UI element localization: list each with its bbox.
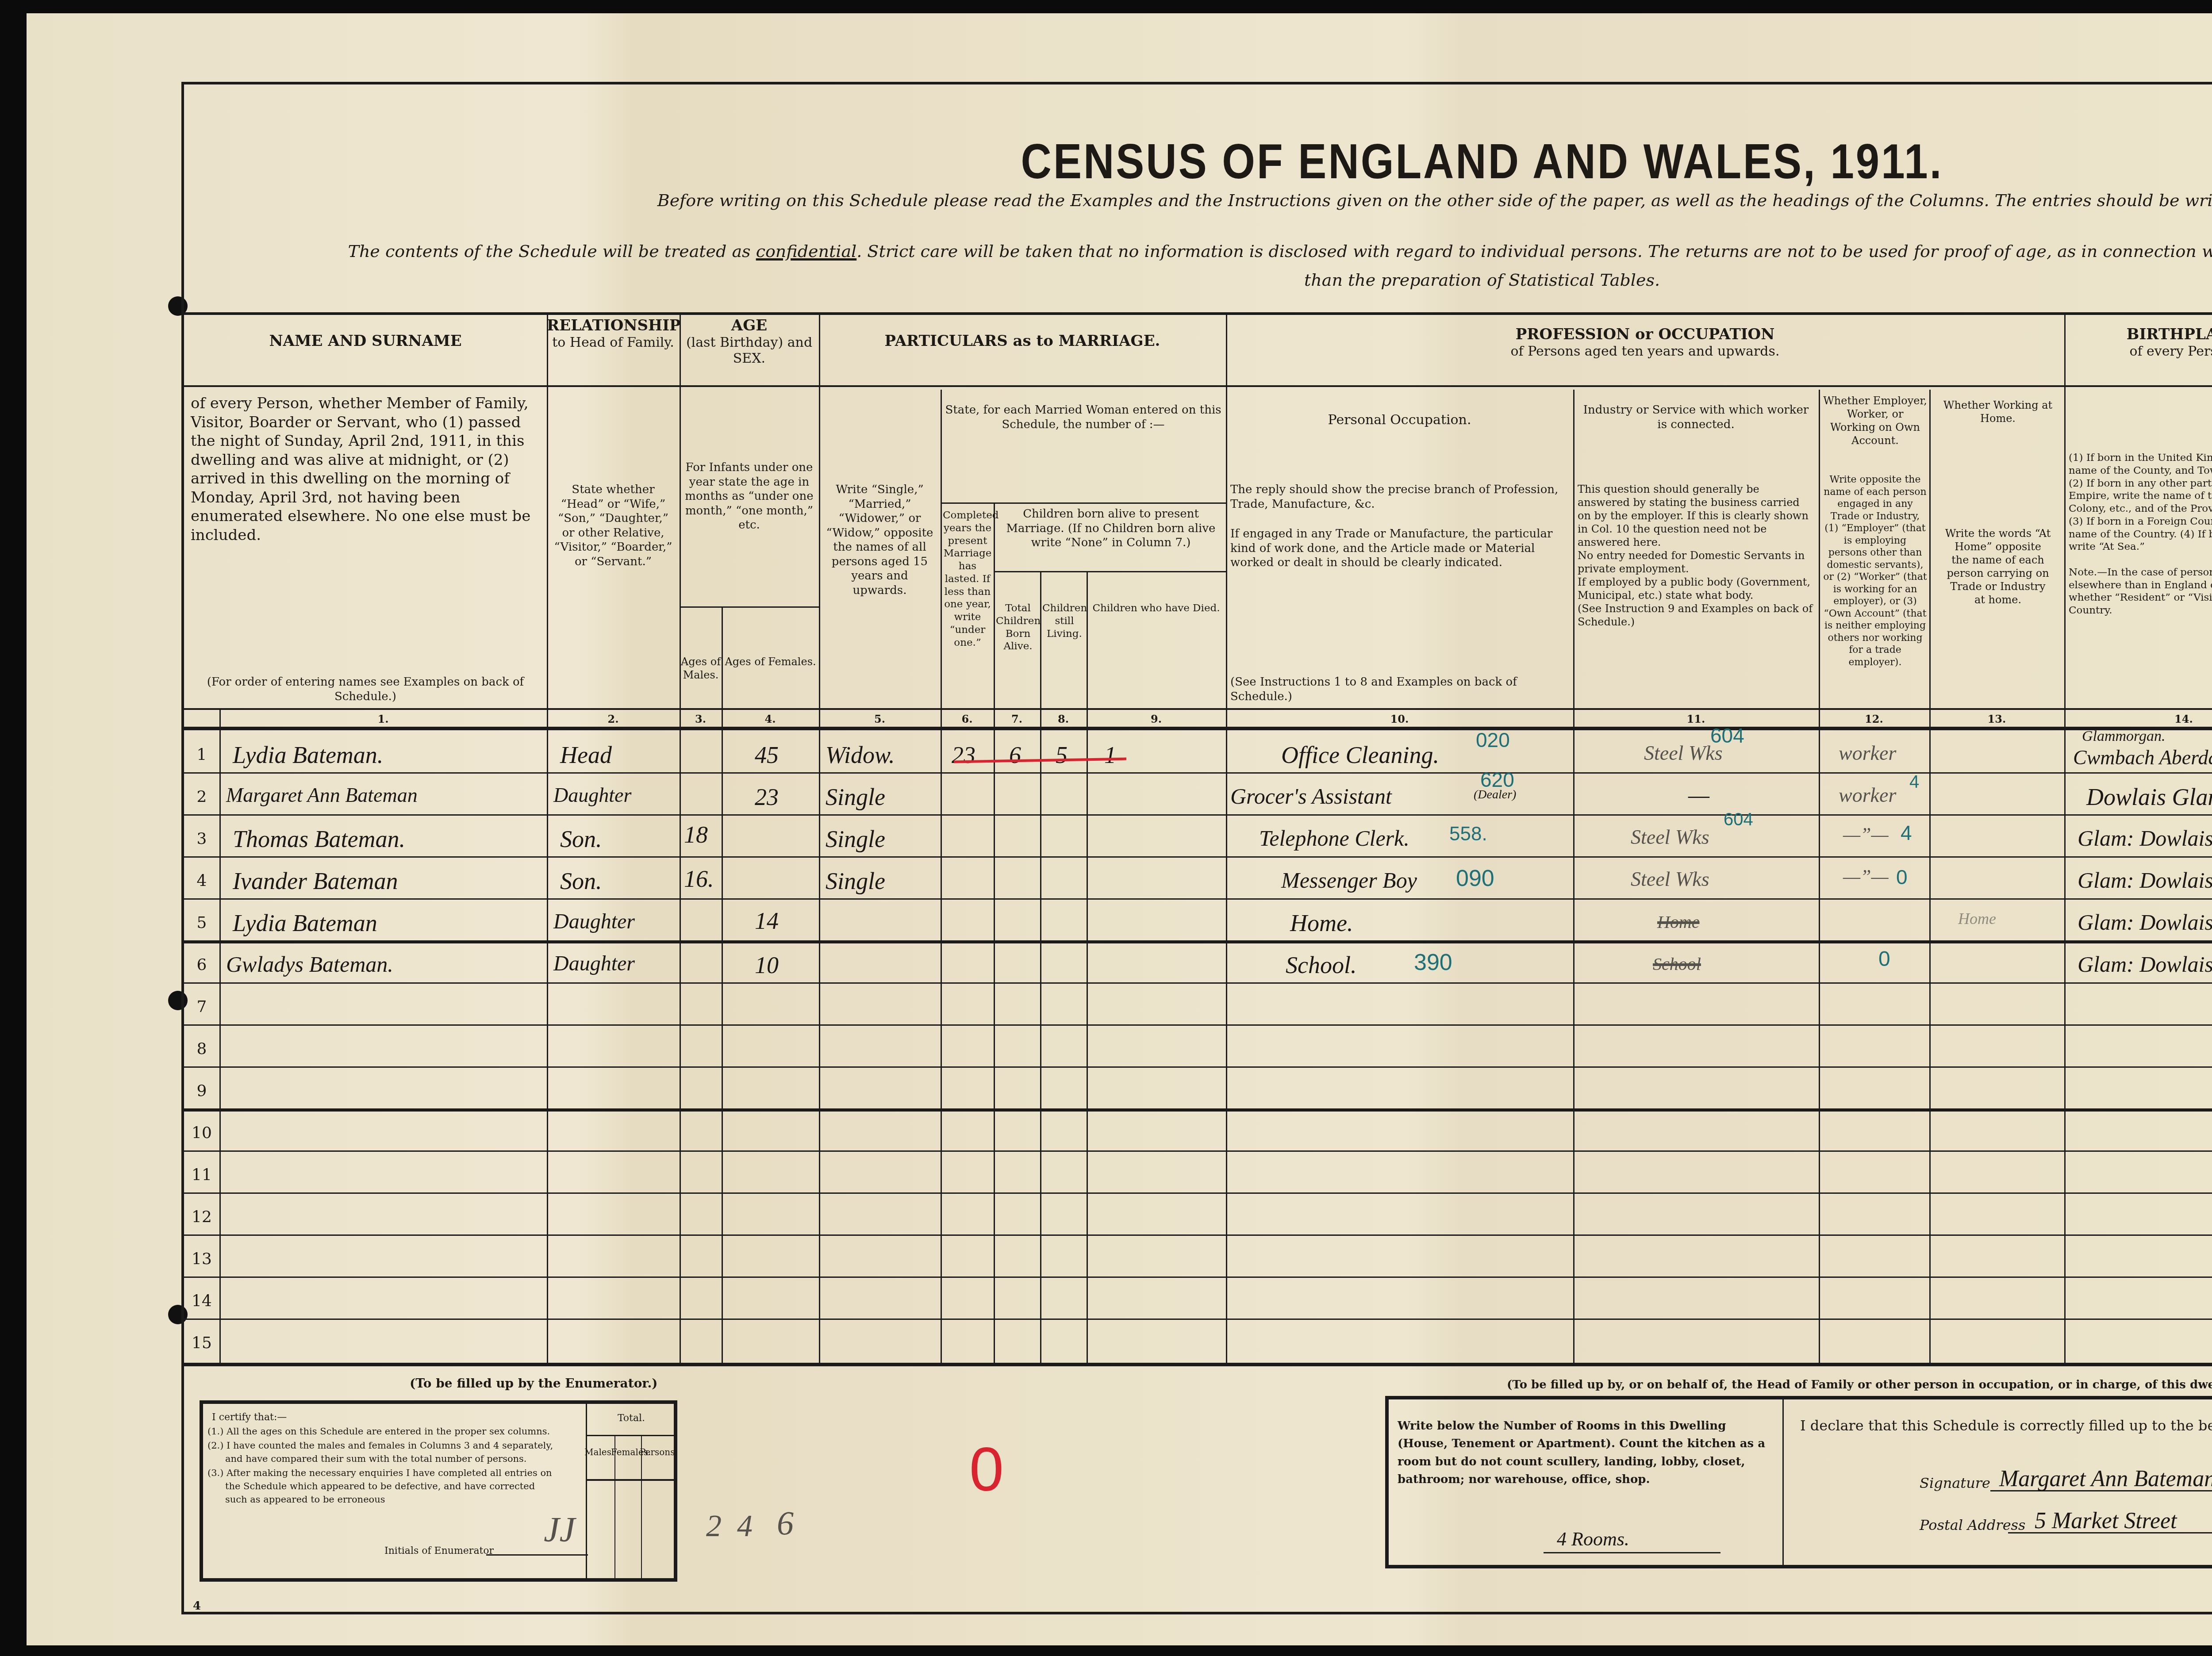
still-living-label: Children still Living. (1042, 602, 1087, 640)
header-relationship: RELATIONSHIPto Head of Family. (547, 317, 680, 351)
employment-code: 4 (1901, 821, 1912, 845)
head-of-family-heading: (To be filled up by, or on behalf of, th… (1507, 1378, 2212, 1391)
employment-status-value: —”— (1843, 823, 1889, 846)
marital-condition-value: Single (826, 825, 885, 853)
postal-address-label: Postal Address (1920, 1517, 2025, 1533)
column-number: 3. (680, 713, 722, 725)
column-number: 8. (1040, 713, 1087, 725)
marriage-years-label: Completed years the present Marriage has… (943, 509, 992, 649)
total-males-value: 2 (706, 1509, 722, 1544)
marital-condition-value: Single (826, 867, 885, 895)
signature-label: Signature (1920, 1475, 1990, 1491)
industry-code: 604 (1710, 724, 1744, 747)
person-name: Ivander Bateman (233, 867, 398, 895)
postal-address-line-1: 5 Market Street (2035, 1508, 2177, 1534)
header-age: AGE(last Birthday) and SEX. (680, 317, 819, 367)
row-number: 9 (184, 1082, 219, 1100)
occupation-value: Office Cleaning. (1281, 741, 1439, 769)
rooms-instructions: Write below the Number of Rooms in this … (1398, 1417, 1778, 1488)
relationship-value: Head (560, 741, 612, 769)
children-born-value: 6 (1009, 741, 1021, 769)
row-number: 8 (184, 1040, 219, 1058)
total-females-value: 4 (737, 1509, 753, 1544)
died-label: Children who have Died. (1089, 602, 1224, 615)
employment-code: 0 (1878, 947, 1890, 971)
certify-label: I certify that:— (212, 1412, 287, 1423)
industry-text: This question should generally be answer… (1578, 483, 1814, 629)
total-persons-value: 6 (777, 1504, 794, 1543)
column-number: 6. (941, 713, 994, 725)
marriage-years-value: 23 (952, 741, 975, 769)
employment-status-value: worker (1839, 741, 1896, 765)
home-title: Whether Working at Home. (1934, 399, 2062, 425)
name-instructions: of every Person, whether Member of Famil… (191, 394, 540, 544)
birthplace-county: Glammorgan. (2082, 728, 2166, 745)
person-name: Lydia Bateman (233, 909, 377, 937)
total-label: Total. (587, 1413, 676, 1424)
personal-occupation-note: (See Instructions 1 to 8 and Examples on… (1230, 675, 1569, 704)
working-at-home-value: Home (1958, 909, 1996, 928)
row-number: 4 (184, 872, 219, 890)
birthplace-value: Glam: Dowlais. (2078, 867, 2212, 893)
industry-title: Industry or Service with which worker is… (1578, 403, 1814, 432)
marriage-condition-instructions: Write “Single,” “Married,” “Widower,” or… (823, 483, 936, 598)
relationship-value: Son. (560, 825, 602, 853)
enumerator-certificate-box: I certify that:— (1.) All the ages on th… (200, 1400, 677, 1582)
age-male-value: 16. (684, 865, 714, 893)
column-number: 13. (1929, 713, 2064, 725)
certify-item: the Schedule which appeared to be defect… (225, 1481, 535, 1491)
row-number: 5 (184, 914, 219, 932)
row-number: 13 (184, 1250, 219, 1268)
males-label: Males. (584, 1447, 614, 1457)
certify-item: such as appeared to be erroneous (225, 1494, 385, 1505)
column-number: 11. (1573, 713, 1819, 725)
personal-occupation-text: If engaged in any Trade or Manufacture, … (1230, 527, 1569, 570)
declaration-text: I declare that this Schedule is correctl… (1800, 1417, 2212, 1434)
occupation-value: Grocer's Assistant (1230, 783, 1392, 809)
children-died-value: 1 (1104, 741, 1116, 769)
rooms-count-value: 4 Rooms. (1557, 1528, 1629, 1550)
column-number: 9. (1087, 713, 1226, 725)
confidentiality-notice-end: than the preparation of Statistical Tabl… (184, 270, 2212, 290)
intro-instructions: Before writing on this Schedule please r… (184, 191, 2212, 210)
employment-status-value: —”— (1843, 865, 1889, 888)
page-title: CENSUS OF ENGLAND AND WALES, 1911. (184, 134, 2212, 190)
row-number: 14 (184, 1292, 219, 1310)
occupation-value: Home. (1290, 909, 1353, 937)
industry-code: 604 (1724, 810, 1753, 830)
occupation-code: 020 (1476, 728, 1510, 752)
marital-condition-value: Single (826, 783, 885, 811)
column-number: 7. (994, 713, 1040, 725)
row-number: 15 (184, 1334, 219, 1352)
employer-text: Write opposite the name of each person e… (1823, 474, 1927, 668)
row-number: 7 (184, 998, 219, 1016)
employment-code: 0 (1896, 865, 1908, 889)
row-number: 12 (184, 1208, 219, 1226)
enumerator-initials: JJ (544, 1510, 575, 1550)
birthplace-value: Glam: Dowlais. (2078, 951, 2212, 977)
personal-occupation-text: The reply should show the precise branch… (1230, 483, 1569, 511)
column-number: 2. (547, 713, 680, 725)
certify-item: (3.) After making the necessary enquirie… (207, 1468, 552, 1478)
enumerator-heading: (To be filled up by the Enumerator.) (410, 1376, 658, 1391)
red-check-mark: 0 (969, 1434, 1004, 1505)
row-number: 11 (184, 1166, 219, 1184)
relationship-instructions: State whether “Head” or “Wife,” “Son,” “… (551, 483, 675, 569)
column-number: 5. (819, 713, 941, 725)
industry-value: Steel Wks (1631, 867, 1709, 891)
certify-item: (2.) I have counted the males and female… (207, 1440, 553, 1451)
occupation-value: Telephone Clerk. (1259, 825, 1409, 851)
header-birthplace: BIRTHPLACEof every Person. (2064, 326, 2212, 360)
occupation-code: 558. (1449, 823, 1487, 845)
occupation-code: 390 (1414, 949, 1452, 976)
person-name: Thomas Bateman. (233, 825, 405, 853)
children-instructions: Children born alive to present Marriage.… (998, 507, 1224, 550)
industry-value-struck: School (1653, 954, 1701, 974)
name-note: (For order of entering names see Example… (191, 675, 540, 704)
birthplace-value: Glam: Dowlais (2078, 909, 2212, 935)
column-number: 12. (1819, 713, 1929, 725)
children-living-value: 5 (1056, 741, 1068, 769)
birthplace-value: Glam: Dowlais. (2078, 825, 2212, 851)
page-mark: 4 (193, 1599, 201, 1613)
age-males-label: Ages of Males. (680, 655, 721, 682)
industry-value: — (1688, 781, 1709, 809)
person-name: Gwladys Bateman. (226, 951, 393, 977)
column-number: 4. (722, 713, 819, 725)
relationship-value: Daughter (553, 909, 635, 934)
relationship-value: Daughter (553, 951, 635, 976)
birthplace-text: (1) If born in the United Kingdom, write… (2069, 452, 2212, 617)
age-females-label: Ages of Females. (723, 655, 818, 668)
age-female-value: 10 (755, 951, 779, 979)
employment-status-value: worker (1839, 783, 1896, 807)
header-name: NAME AND SURNAME (184, 332, 547, 350)
home-text: Write the words “At Home” opposite the n… (1945, 527, 2051, 606)
confidentiality-notice: The contents of the Schedule will be tre… (202, 241, 2212, 261)
head-of-family-box: Write below the Number of Rooms in this … (1385, 1396, 2212, 1568)
birthplace-value: Cwmbach Aberdare. (2073, 746, 2212, 769)
personal-occupation-title: Personal Occupation. (1230, 412, 1569, 429)
initials-label: Initials of Enumerator (384, 1545, 494, 1556)
occupation-value: Messenger Boy (1281, 867, 1417, 893)
row-number: 3 (184, 830, 219, 848)
person-name: Lydia Bateman. (233, 741, 383, 769)
signature-value: Margaret Ann Bateman for Lydia Bateman (1999, 1466, 2212, 1492)
employment-code: 4 (1909, 772, 1919, 792)
total-born-label: Total Children Born Alive. (996, 602, 1040, 653)
column-number: 1. (219, 713, 547, 725)
person-name: Margaret Ann Bateman (226, 783, 418, 807)
occupation-code: 090 (1456, 865, 1494, 892)
column-number: 14. (2064, 713, 2212, 725)
age-female-value: 14 (755, 907, 779, 935)
marital-condition-value: Widow. (826, 741, 895, 769)
certify-item: and have compared their sum with the tot… (225, 1453, 527, 1464)
age-female-value: 45 (755, 741, 779, 769)
row-number: 6 (184, 956, 219, 974)
persons-label: Persons. (640, 1447, 678, 1457)
occupation-value: School. (1286, 951, 1356, 979)
birthplace-value: Dowlais Glam: (2086, 783, 2212, 811)
row-number: 2 (184, 788, 219, 806)
header-marriage: PARTICULARS as to MARRIAGE. (819, 332, 1226, 350)
occupation-code: 620 (1480, 768, 1514, 792)
industry-value: Steel Wks (1631, 825, 1709, 849)
employer-title: Whether Employer, Worker, or Working on … (1823, 394, 1927, 447)
row-number: 10 (184, 1124, 219, 1142)
row-number: 1 (184, 746, 219, 764)
column-number: 10. (1226, 713, 1573, 725)
industry-value-struck: Home (1657, 912, 1700, 932)
relationship-value: Son. (560, 867, 602, 895)
header-occupation: PROFESSION or OCCUPATIONof Persons aged … (1226, 326, 2064, 360)
census-form: CENSUS OF ENGLAND AND WALES, 1911. Befor… (181, 82, 2212, 1614)
age-instructions: For Infants under one year state the age… (684, 460, 814, 533)
certify-item: (1.) All the ages on this Schedule are e… (207, 1426, 550, 1437)
relationship-value: Daughter (553, 783, 631, 807)
age-male-value: 18 (684, 821, 708, 848)
age-female-value: 23 (755, 783, 779, 811)
married-woman-instructions: State, for each Married Woman entered on… (945, 403, 1221, 432)
